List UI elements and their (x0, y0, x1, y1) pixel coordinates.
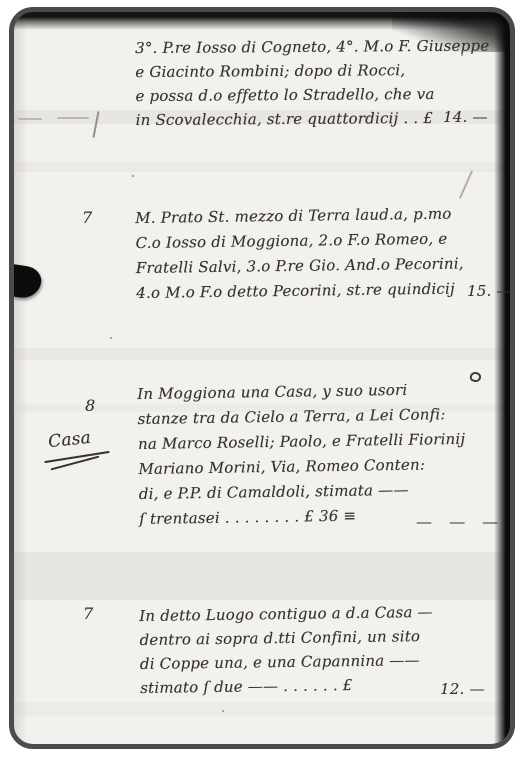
margin-number: 7 (83, 604, 93, 623)
ledger-entry-1: 3°. P.re Iosso di Cogneto, 4°. M.o F. Gi… (135, 34, 490, 132)
paper-speck (132, 175, 134, 177)
paper-speck (110, 337, 112, 339)
faint-dash-mark (57, 117, 89, 119)
ink-blot-artifact (14, 264, 43, 300)
paper-speck (222, 710, 224, 712)
entry-line: di Coppe una, e una Capannina —— (140, 648, 434, 676)
faint-slash-mark (459, 170, 473, 199)
paper-streak (14, 702, 512, 716)
paper-streak (14, 552, 512, 600)
margin-number: 8 (85, 396, 95, 415)
scan-right-page-edge (494, 12, 512, 744)
amount-value: 14. — (443, 108, 488, 126)
paper-streak (14, 162, 512, 172)
faint-dash-mark (18, 118, 42, 120)
entry-line: 3°. P.re Iosso di Cogneto, 4°. M.o F. Gi… (135, 34, 489, 60)
scan-left-shadow (14, 12, 28, 744)
screenshot-root: { "manuscript": { "kind": "handwritten-l… (0, 0, 527, 760)
ledger-entry-2: M. Prato St. mezzo di Terra laud.a, p.mo… (135, 201, 464, 306)
manuscript-scan: 3°. P.re Iosso di Cogneto, 4°. M.o F. Gi… (14, 12, 512, 744)
entry-line: Mariano Morini, Via, Romeo Conten: (138, 452, 466, 482)
leader-dashes: — — — (416, 512, 504, 531)
entry-line: stimato ſ due —— . . . . . . £ (140, 672, 434, 700)
entry-line: e Giacinto Rombini; dopo di Rocci, (135, 58, 489, 84)
paper-streak (14, 348, 512, 360)
entry-line: in Scovalecchia, st.re quattordicij . . … (136, 106, 490, 132)
small-ink-squiggle (469, 371, 482, 384)
entry-line: e possa d.o effetto lo Stradello, che va (135, 82, 489, 108)
amount-value: 15. — (467, 282, 512, 300)
margin-note-text: Casa (47, 424, 129, 452)
entry-line: 4.o M.o F.o detto Pecorini, st.re quindi… (136, 276, 464, 306)
amount-value: 12. — (440, 680, 485, 698)
ledger-entry-3: In Moggiona una Casa, y suo usori stanze… (137, 377, 467, 532)
ledger-entry-4: In detto Luogo contiguo a d.a Casa — den… (139, 600, 434, 700)
margin-note-casa: Casa (48, 428, 128, 448)
margin-number: 7 (82, 208, 92, 227)
